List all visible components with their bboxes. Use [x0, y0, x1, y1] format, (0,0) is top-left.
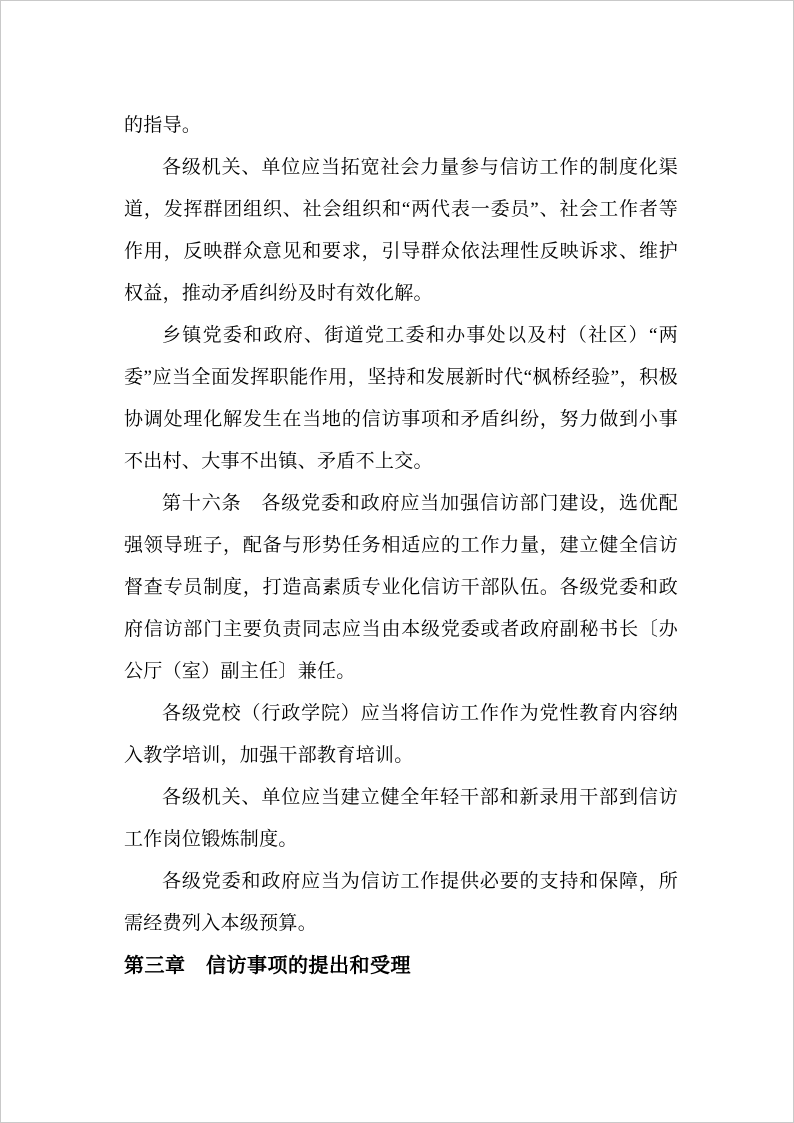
document-page: 的指导。 各级机关、单位应当拓宽社会力量参与信访工作的制度化渠道，发挥群团组织、…	[0, 0, 794, 1123]
paragraph-budget-support: 各级党委和政府应当为信访工作提供必要的支持和保障，所需经费列入本级预算。	[124, 861, 678, 945]
paragraph-party-schools: 各级党校（行政学院）应当将信访工作作为党性教育内容纳入教学培训，加强干部教育培训…	[124, 693, 678, 777]
paragraph-social-forces: 各级机关、单位应当拓宽社会力量参与信访工作的制度化渠道，发挥群团组织、社会组织和…	[124, 147, 678, 315]
document-content: 的指导。 各级机关、单位应当拓宽社会力量参与信访工作的制度化渠道，发挥群团组织、…	[124, 105, 678, 987]
paragraph-article-16: 第十六条 各级党委和政府应当加强信访部门建设，选优配强领导班子，配备与形势任务相…	[124, 483, 678, 693]
chapter-three-heading: 第三章 信访事项的提出和受理	[124, 945, 678, 987]
paragraph-township-committees: 乡镇党委和政府、街道党工委和办事处以及村（社区）“两委”应当全面发挥职能作用，坚…	[124, 315, 678, 483]
paragraph-cadre-training-system: 各级机关、单位应当建立健全年轻干部和新录用干部到信访工作岗位锻炼制度。	[124, 777, 678, 861]
paragraph-continuation: 的指导。	[124, 105, 678, 147]
